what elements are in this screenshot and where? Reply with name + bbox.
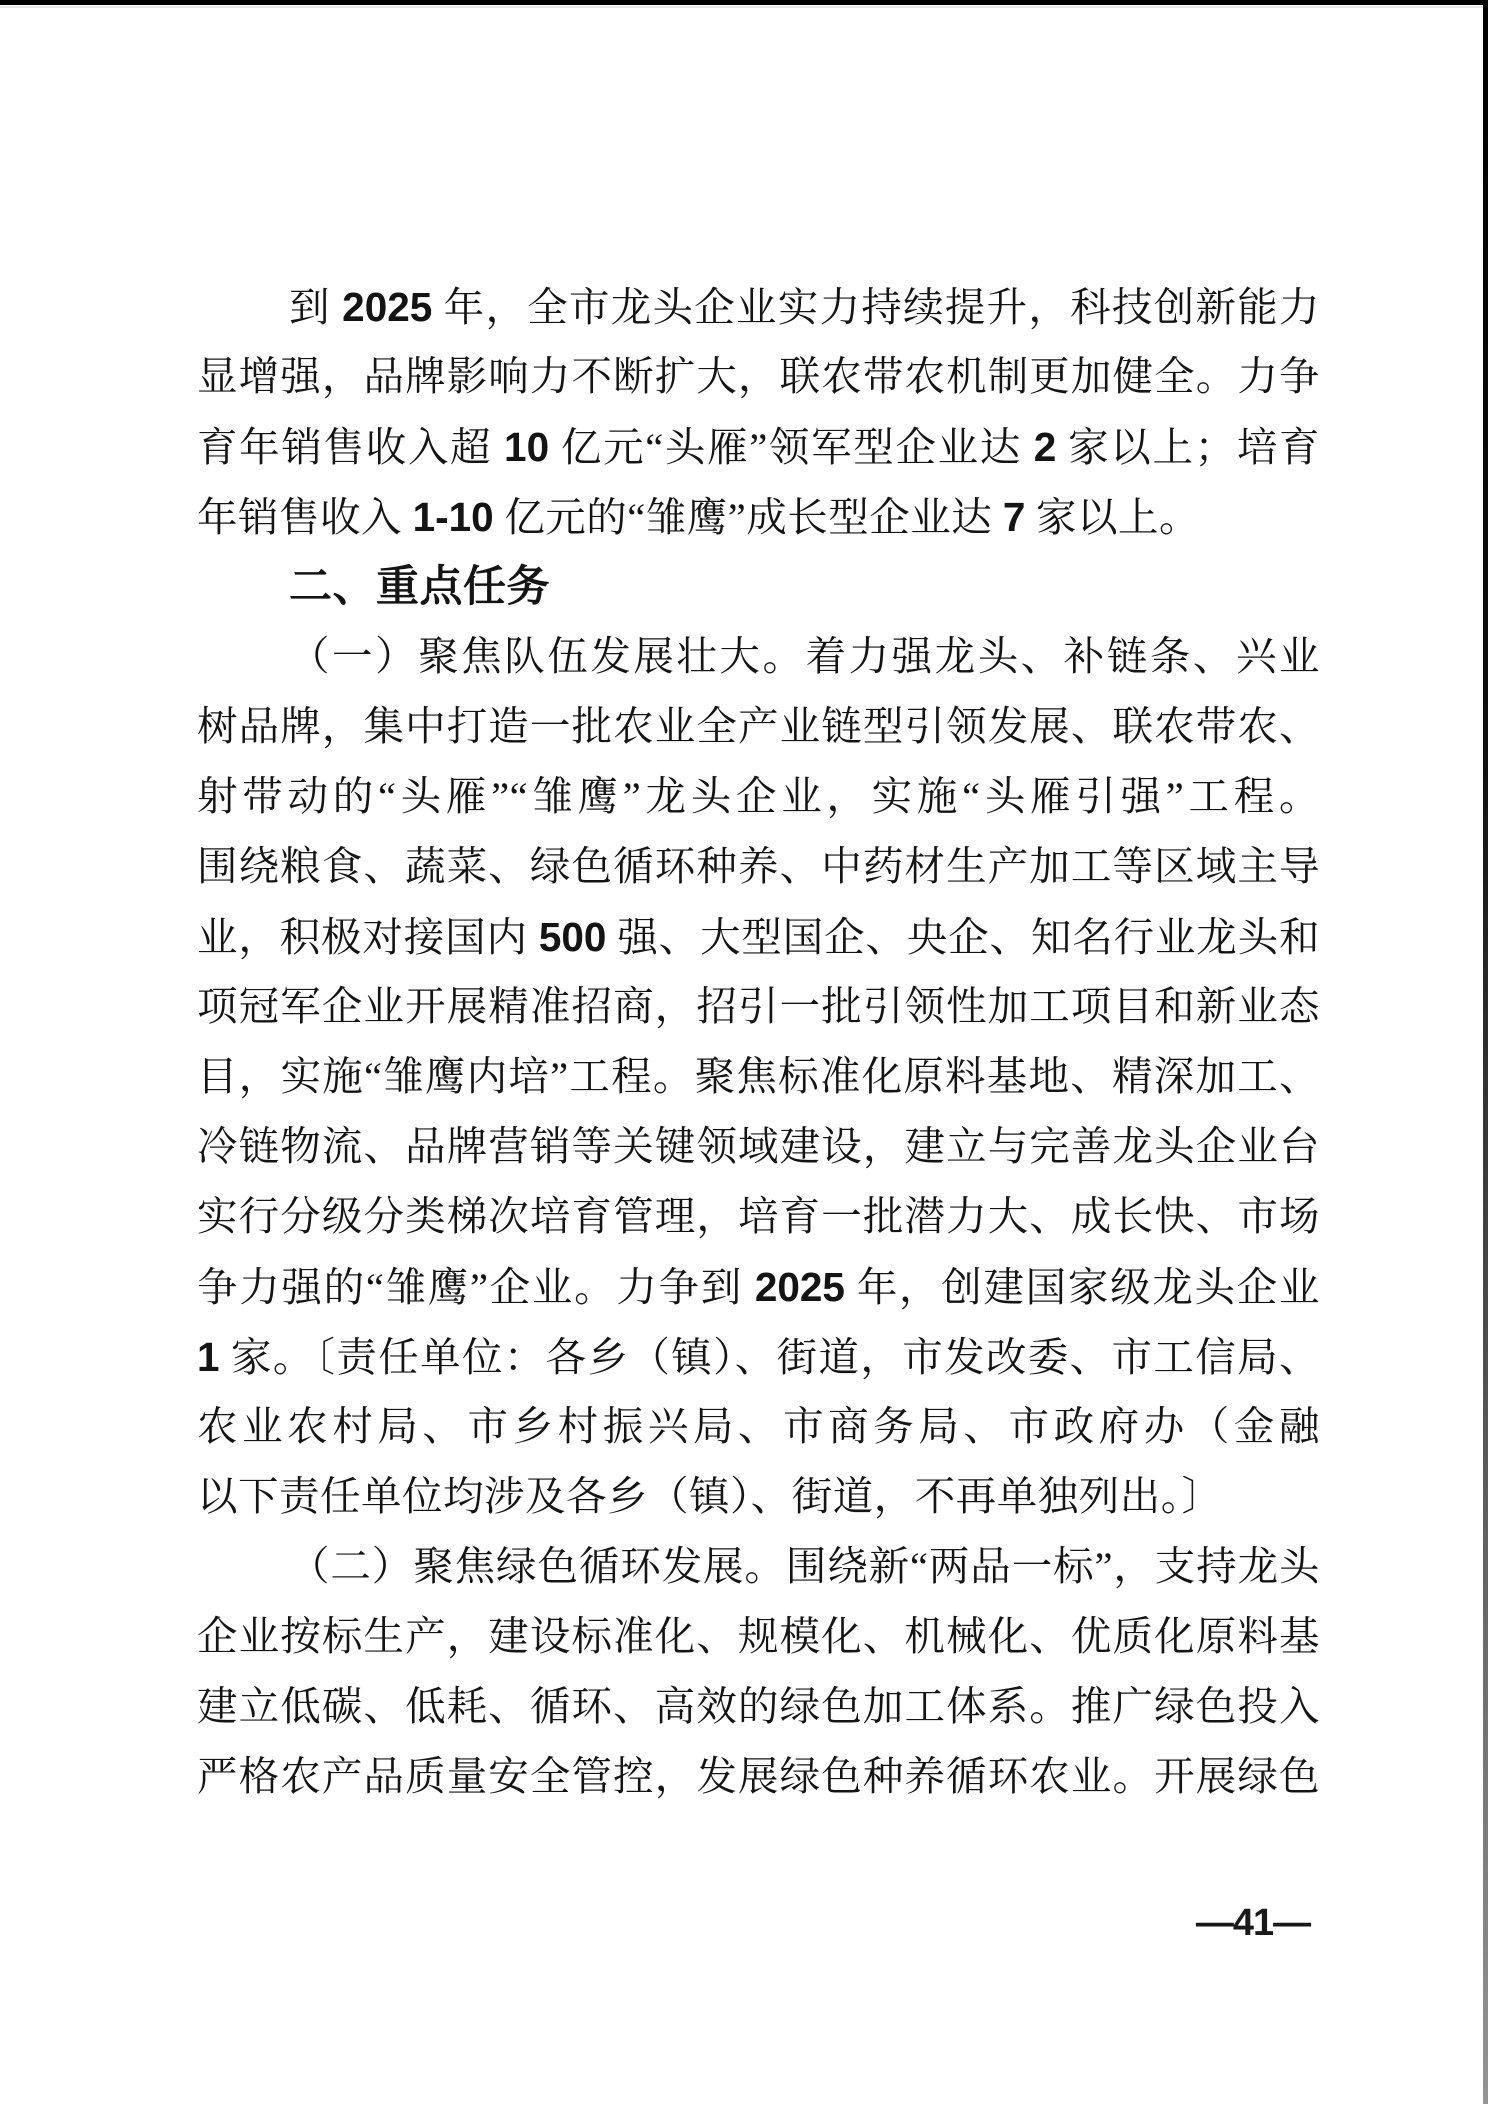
text-line: 围绕粮食、蔬菜、绿色循环种养、中药材生产加工等区域主导产: [197, 832, 1320, 902]
text-line: 项冠军企业开展精准招商，招引一批引领性加工项目和新业态项: [197, 972, 1320, 1042]
document-body: 到 2025 年，全市龙头企业实力持续提升，科技创新能力明显增强，品牌影响力不断…: [197, 272, 1320, 1812]
text-line: 企业按标生产，建设标准化、规模化、机械化、优质化原料基地，: [197, 1602, 1320, 1672]
text-line: 冷链物流、品牌营销等关键领域建设，建立与完善龙头企业台账，: [197, 1112, 1320, 1182]
text-line: （一）聚焦队伍发展壮大。着力强龙头、补链条、兴业态、: [197, 622, 1320, 692]
numeral: 1-10: [413, 494, 494, 540]
scan-edge-right: [1483, 0, 1488, 2104]
text-line: 严格农产品质量安全管控，发展绿色种养循环农业。开展绿色食: [197, 1742, 1320, 1812]
numeral: 2: [1034, 424, 1057, 470]
text-line: 年销售收入 1-10 亿元的“雏鹰”成长型企业达 7 家以上。: [197, 482, 1320, 552]
scan-edge-top-shadow: [0, 6, 1488, 8]
text-line: （二）聚焦绿色循环发展。围绕新“两品一标”，支持龙头: [197, 1532, 1320, 1602]
text-line: 育年销售收入超 10 亿元“头雁”领军型企业达 2 家以上；培育: [197, 412, 1320, 482]
text-line: 以下责任单位均涉及各乡（镇）、街道，不再单独列出。〕: [197, 1462, 1320, 1532]
text-line: 1 家。〔责任单位：各乡（镇）、街道，市发改委、市工信局、市: [197, 1322, 1320, 1392]
section-heading: 二、重点任务: [197, 552, 1320, 622]
numeral: 1: [197, 1334, 220, 1380]
numeral: 2025: [755, 1264, 845, 1310]
text-line: 树品牌，集中打造一批农业全产业链型引领发展、联农带农、辐: [197, 692, 1320, 762]
numeral: 10: [504, 424, 549, 470]
text-line: 争力强的“雏鹰”企业。力争到 2025 年，创建国家级龙头企业: [197, 1252, 1320, 1322]
text-line: 到 2025 年，全市龙头企业实力持续提升，科技创新能力明: [197, 272, 1320, 342]
numeral: 2025: [342, 284, 432, 330]
numeral: 500: [539, 914, 607, 960]
document-page: 到 2025 年，全市龙头企业实力持续提升，科技创新能力明显增强，品牌影响力不断…: [0, 0, 1488, 2104]
text-line: 目，实施“雏鹰内培”工程。聚焦标准化原料基地、精深加工、: [197, 1042, 1320, 1112]
page-number: —41—: [1158, 1901, 1348, 1945]
text-line: 显增强，品牌影响力不断扩大，联农带农机制更加健全。力争培: [197, 342, 1320, 412]
scan-edge-top: [0, 0, 1488, 5]
text-line: 业，积极对接国内 500 强、大型国企、央企、知名行业龙头和单: [197, 902, 1320, 972]
text-line: 建立低碳、低耗、循环、高效的绿色加工体系。推广绿色投入品，: [197, 1672, 1320, 1742]
numeral: 7: [1003, 494, 1026, 540]
text-line: 射带动的“头雁”“雏鹰”龙头企业，实施“头雁引强”工程。: [197, 762, 1320, 832]
text-line: 农业农村局、市乡村振兴局、市商务局、市政府办（金融办）。: [197, 1392, 1320, 1462]
text-line: 实行分级分类梯次培育管理，培育一批潜力大、成长快、市场竞: [197, 1182, 1320, 1252]
